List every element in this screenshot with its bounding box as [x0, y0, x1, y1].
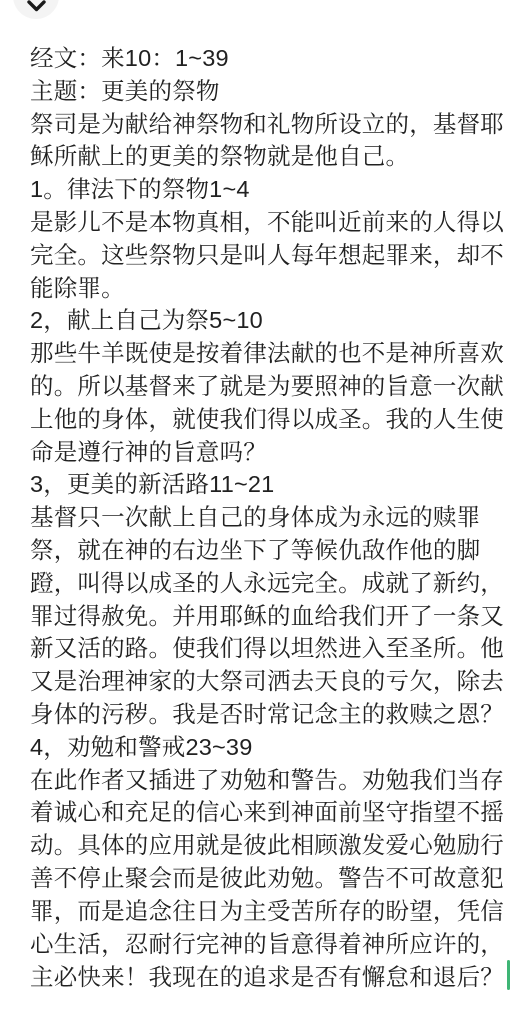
text-line: 2，献上自己为祭5~10 [30, 304, 507, 337]
text-line: 善不停止聚会而是彼此劝勉。警告不可故意犯 [30, 862, 507, 895]
text-line: 完全。这些祭物只是叫人每年想起罪来，却不 [30, 239, 507, 272]
chevron-down-icon [27, 0, 46, 12]
note-screen: 经文：来10：1~39主题：更美的祭物祭司是为献给神祭物和礼物所设立的，基督耶稣… [0, 0, 531, 1024]
text-line: 稣所献上的更美的祭物就是他自己。 [30, 140, 507, 173]
text-cursor [507, 960, 510, 990]
collapse-button[interactable] [13, 0, 59, 19]
text-line: 命是遵行神的旨意吗？ [30, 436, 507, 469]
text-line: 祭，就在神的右边坐下了等候仇敌作他的脚 [30, 534, 507, 567]
text-line: 能除罪。 [30, 272, 507, 305]
note-editor[interactable]: 经文：来10：1~39主题：更美的祭物祭司是为献给神祭物和礼物所设立的，基督耶稣… [30, 42, 507, 994]
text-line: 1。律法下的祭物1~4 [30, 173, 507, 206]
text-line: 上他的身体，就使我们得以成圣。我的人生使 [30, 403, 507, 436]
text-line: 在此作者又插进了劝勉和警告。劝勉我们当存 [30, 764, 507, 797]
text-line: 是影儿不是本物真相，不能叫近前来的人得以 [30, 206, 507, 239]
text-line: 心生活，忍耐行完神的旨意得着神所应许的， [30, 928, 507, 961]
text-line: 3，更美的新活路11~21 [30, 468, 507, 501]
text-line: 的。所以基督来了就是为要照神的旨意一次献 [30, 370, 507, 403]
text-line: 着诚心和充足的信心来到神面前坚守指望不摇 [30, 796, 507, 829]
text-line: 又是治理神家的大祭司洒去天良的亏欠，除去 [30, 665, 507, 698]
text-line: 祭司是为献给神祭物和礼物所设立的，基督耶 [30, 108, 507, 141]
text-line: 罪，而是追念往日为主受苦所存的盼望，凭信 [30, 895, 507, 928]
text-line: 新又活的路。使我们得以坦然进入至圣所。他 [30, 632, 507, 665]
text-line: 主题：更美的祭物 [30, 75, 507, 108]
text-line: 罪过得赦免。并用耶稣的血给我们开了一条又 [30, 600, 507, 633]
text-line: 身体的污秽。我是否时常记念主的救赎之恩？ [30, 698, 507, 731]
text-line: 动。具体的应用就是彼此相顾激发爱心勉励行 [30, 829, 507, 862]
text-line: 蹬，叫得以成圣的人永远完全。成就了新约， [30, 567, 507, 600]
text-line: 主必快来！我现在的追求是否有懈怠和退后？ [30, 960, 507, 994]
text-line: 4，劝勉和警戒23~39 [30, 731, 507, 764]
text-line: 那些牛羊既使是按着律法献的也不是神所喜欢 [30, 337, 507, 370]
text-line: 经文：来10：1~39 [30, 42, 507, 75]
text-line: 基督只一次献上自己的身体成为永远的赎罪 [30, 501, 507, 534]
